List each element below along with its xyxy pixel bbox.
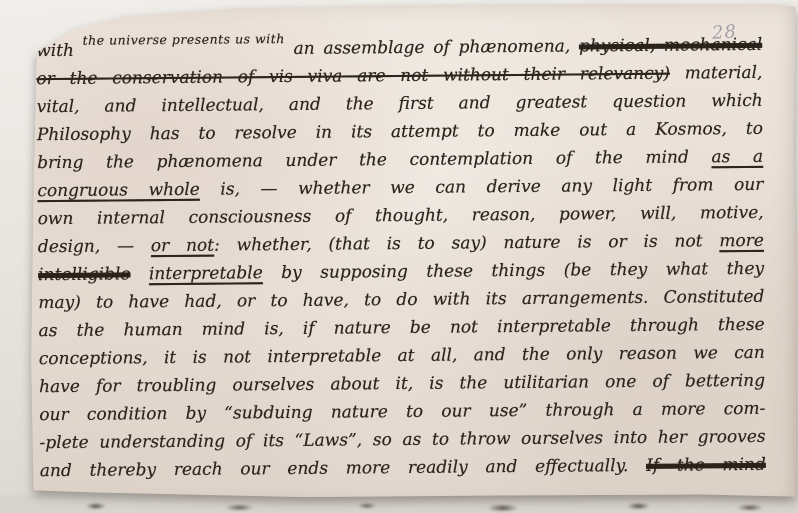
text-segment-normal: and thereby reach our ends more readily … — [40, 456, 646, 481]
text-segment-normal: an assemblage of phænomena, — [285, 36, 579, 59]
text-segment-normal: vital, and intellectual, and the first a… — [37, 91, 763, 117]
text-segment-underline: interpretable — [149, 263, 263, 284]
text-segment-normal: : whether, (that is to say) nature is or… — [214, 231, 719, 255]
text-segment-normal: own internal consciousness of thought, r… — [38, 203, 764, 229]
text-segment-normal: as the human mind is, if nature be not i… — [39, 315, 765, 341]
text-segment-normal: -plete understanding of its “Laws”, so a… — [40, 427, 766, 453]
text-segment-underline: congruous whole — [37, 180, 200, 201]
text-segment-normal: design, — — [38, 236, 151, 257]
text-segment-normal: have for troubling ourselves about it, i… — [39, 371, 765, 397]
text-segment-insert: the universe presents us with — [83, 33, 285, 47]
text-segment-scribbled: physical, mechanical — [579, 35, 762, 57]
photo-background: 28 with the universe presents us with an… — [0, 0, 798, 513]
text-segment-underline: more — [719, 231, 764, 251]
text-segment-normal: Philosophy has to resolve in its attempt… — [37, 119, 763, 145]
text-segment-underline: as a — [711, 147, 763, 167]
manuscript-text: with the universe presents us with an as… — [36, 31, 766, 485]
text-segment-normal: conceptions, it is not interpretable at … — [39, 343, 765, 369]
text-segment-normal: our condition by “subduing nature to our… — [39, 399, 765, 425]
text-segment-normal: bring the phænomena under the contemplat… — [37, 147, 712, 173]
text-segment-scribbled: If the mind — [646, 455, 766, 476]
manuscript-paper-wrap: 28 with the universe presents us with an… — [0, 0, 798, 513]
text-segment-normal: material, — [670, 63, 763, 84]
text-segment-normal: is, — whether we can derive any light fr… — [200, 175, 764, 200]
text-segment-normal — [130, 264, 149, 284]
text-segment-struck: or the conservation of vis viva are not … — [36, 64, 670, 90]
text-segment-underline: or not — [151, 236, 214, 257]
text-segment-scribbled: intelligible — [38, 264, 130, 285]
text-segment-normal: by supposing these things (be they what … — [263, 259, 765, 283]
text-segment-normal: with — [36, 41, 83, 61]
manuscript-line: and thereby reach our ends more readily … — [40, 451, 766, 485]
manuscript-paper: 28 with the universe presents us with an… — [0, 0, 798, 513]
text-segment-normal: may) to have had, or to have, to do with… — [38, 287, 764, 313]
